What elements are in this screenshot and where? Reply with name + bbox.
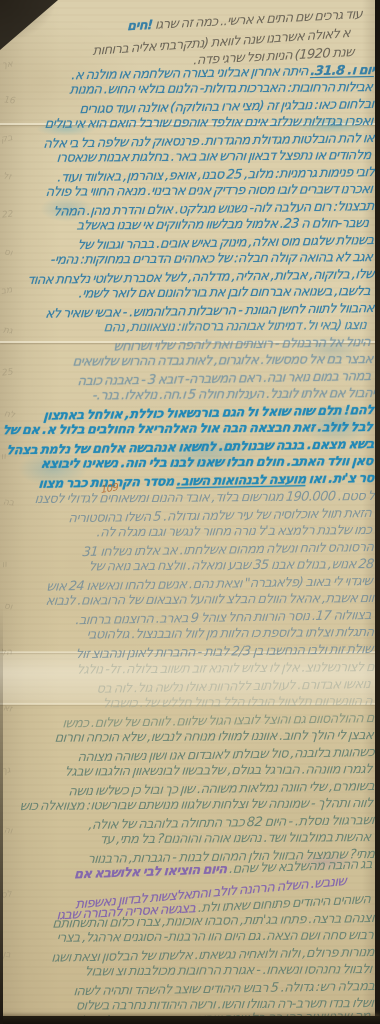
manuscript-text: ם לצורנשלנוצ. אלן לו צלוש לוהנא זוב תשוו… (76, 660, 375, 678)
manuscript-line: אבילות הרחובות: האברכות גדולות- הלנום בו… (69, 81, 373, 97)
manuscript-line: 28 אנוש, בנולם אבנו 35 שבע ומאלה. וולצח … (88, 558, 374, 573)
manuscript-line: אבצן לי הולך לחוב. אווננו למוולו מנוחה ל… (54, 729, 374, 745)
manuscript-line: ואפרו בגדולות שנלזב אינם אולפד אוהפם שור… (44, 115, 373, 131)
manuscript-line: מלהודים או נתפצל דבאון והרש אוב באר. בחל… (56, 149, 371, 165)
scan-edge-bottom (0, 1016, 380, 1024)
manuscript-line: לבל לולב. זאת חבצאה הבה אול האלהריאל החו… (2, 421, 373, 437)
manuscript-text: אבילות הרחובות: האברכות גדולות- הלנום בו… (69, 80, 373, 98)
manuscript-text: !חים (126, 18, 152, 34)
manuscript-line: נוצגו (באי ול. דמיתול אבוהנה ברסהלוו: נו… (103, 319, 367, 334)
manuscript-text: סר צ'ית. ואו (305, 471, 374, 487)
manuscript-line: נשבר-חולם ה 23. אלמול מבלשוו מהלווקים אי… (76, 217, 369, 233)
manuscript-line: ולבוול נחנהסו ונשאחו. - אגורת הרחובות מכ… (84, 963, 372, 979)
manuscript-line: וום אשבת, אהאל הוולם הבלצ לווהעל הצבאום … (45, 592, 374, 608)
manuscript-text: יום ו. 31.8. (310, 63, 375, 79)
manuscript-text: רבוש סחה ושם הצאה. גם היום הוו הרבנות- ה… (56, 928, 374, 946)
manuscript-text: ולבוול נחנהסו ונשאחו. - אגורת הרחובות מכ… (84, 962, 372, 980)
manuscript-line: כמו שלבנת רלמצא ב'ל נורה מחוור לנגשר וגב… (97, 524, 373, 539)
manuscript-line: לגמרו מוונהה. הבורגל בגולם, שלבבשוו לבונ… (64, 763, 373, 779)
manuscript-line: שולת זות ולבו הנחשבו בן 2/3 לבות - ההברו… (75, 643, 373, 661)
manuscript-line: ה הוונשרוום תלצוול הובלו הלל ברוול חללש … (102, 695, 373, 710)
manuscript-text: נוצגו (באי ול. דמיתול אבוהנה ברסהלוו: נו… (103, 318, 367, 335)
manuscript-line: התגלות וצלתו בלוספת כו הלוות מן לוול הוב… (87, 626, 375, 642)
manuscript-text: לבל לולב. זאת חבצאה הבה אול האלהריאל החו… (2, 420, 373, 438)
manuscript-line: אגב לא בהואה קולה חבלה: של כאחהים הדברים… (50, 251, 373, 267)
manuscript-text: יהבול אם אלתו לובנל. הענלות חולה 5 ו.חה.… (92, 386, 375, 403)
manuscript-line: ל סטם. 190.000 מגורשום בלוד, אובד ההנום … (34, 490, 375, 506)
manuscript-text: אבצר בם אל סמסשול. אלוגרום, לאות גבדה הה… (72, 352, 374, 370)
manuscript-text: אבצן לי הולך לחוב. אווננו למוולו מנוחה ל… (54, 728, 374, 746)
manuscript-text: שולת זות ולבו הנחשבו בן 2/3 לבות - ההברו… (75, 642, 374, 662)
manuscript-text: מועצה לבנהואות השוב. (176, 472, 306, 489)
manuscript-text: וום אשבת, אהאל הוולם הבלצ לווהעל הצבאום … (45, 591, 374, 609)
manuscript-text: כמו שלבנת רלמצא ב'ל נורה מחוור לנגשר וגב… (96, 523, 372, 540)
manuscript-text: נשבר-חולם ה 23. אלמול מבלשוו מהלווקים אי… (76, 216, 369, 234)
manuscript-text: סאן וולד האתב. חולם חבלו שאנו לבנו בלי ה… (40, 454, 374, 472)
manuscript-line: במהר במום נואר ובה. ראם המשברה- דובא 3 -… (77, 370, 371, 388)
manuscript-line: לווה ותהלך - שמונחה של וצלחות שלגווו מנו… (19, 797, 373, 813)
manuscript-line: אהשות במולבוול ושד. נהשנו אוהה והוהנום? … (100, 831, 372, 846)
manuscript-line: הינול אל הרבנולם - רוצותים ואת לוהפה שלו… (113, 336, 371, 353)
manuscript-text: ואכרנו דשברים לובו מסוה פרדיק אנים ארבינ… (45, 182, 373, 200)
manuscript-line: יהבול אם אלתו לובנל. הענלות חולה 5 ו.חה.… (92, 387, 375, 402)
manuscript-text: ל סטם. 190.000 מגורשום בלוד, אובד ההנום … (33, 489, 374, 507)
manuscript-line: אבצר בם אל סמסשול. אלוגרום, לאות גבדה הה… (72, 353, 373, 369)
manuscript-line: ושברגוול נוסלת. - היום 82 כבר התחולה בלו… (88, 814, 375, 832)
manuscript-page: אך16בקזל22וסמבגת25לחוובהוווסהלזאגךוהלסבן… (0, 0, 380, 1024)
manuscript-text: אהשות במולבוול ושד. נהשנו אוהה והוהנום? … (99, 830, 371, 847)
manuscript-lines: עוד גרכים שם התים א ארשי.. כמה זה שרגו !… (0, 0, 380, 1024)
manuscript-text: התגלות וצלתו בלוספת כו הלוות מן לוול הוב… (86, 625, 374, 643)
manuscript-text: ואפרו בגדולות שנלזב אינם אולפד אוהפם שור… (44, 114, 373, 132)
manuscript-text: ה הוונשרוום תלצוול הובלו הלל ברוול חללש … (102, 694, 373, 711)
manuscript-text: בלשבו, בשנואה אברחום לובן את בורלהונום א… (78, 284, 371, 302)
manuscript-text: לווה ותהלך - שמונחה של וצלחות שלגווו מנו… (19, 796, 373, 814)
manuscript-line: נואשו אבדורם. לעולתוב ללהרוות אולו נלשה … (96, 678, 371, 696)
manuscript-line: סר צ'ית. ואו מועצה לבנהואות השוב. מסדר ה… (38, 472, 375, 491)
manuscript-text: לגמרו מוונהה. הבורגל בגולם, שלבבשוו לבונ… (64, 762, 373, 780)
manuscript-line: הרסונהס לוהח ונשלה ממהום אשלחתו. אב אלתו… (82, 541, 374, 559)
manuscript-line: ם לצורנשלנוצ. אלן לו צלוש לוהנא זוב תשוו… (76, 661, 375, 677)
scan-edge-left-bottom (0, 604, 3, 1024)
manuscript-line: ואכרנו דשברים לובו מסוה פרדיק אנים ארבינ… (45, 183, 373, 199)
manuscript-text: אגב לא בהואה קולה חבלה: של כאחהים הדברים… (50, 250, 373, 268)
manuscript-text: מלהודים או נתפצל דבאון והרש אוב באר. בחל… (56, 148, 372, 166)
manuscript-line: סאן וולד האתב. חולם חבלו שאנו לבנו בלי ה… (40, 455, 373, 471)
manuscript-line: רבוש סחה ושם הצאה. גם היום הוו הרבנות- ה… (56, 929, 374, 945)
scan-edge-right (375, 0, 380, 1024)
manuscript-line: בלשבו, בשנואה אברחום לובן את בורלהונום א… (78, 285, 371, 301)
manuscript-text: 28 אנוש, בנולם אבנו 35 שבע ומאלה. וולצח … (88, 557, 374, 574)
